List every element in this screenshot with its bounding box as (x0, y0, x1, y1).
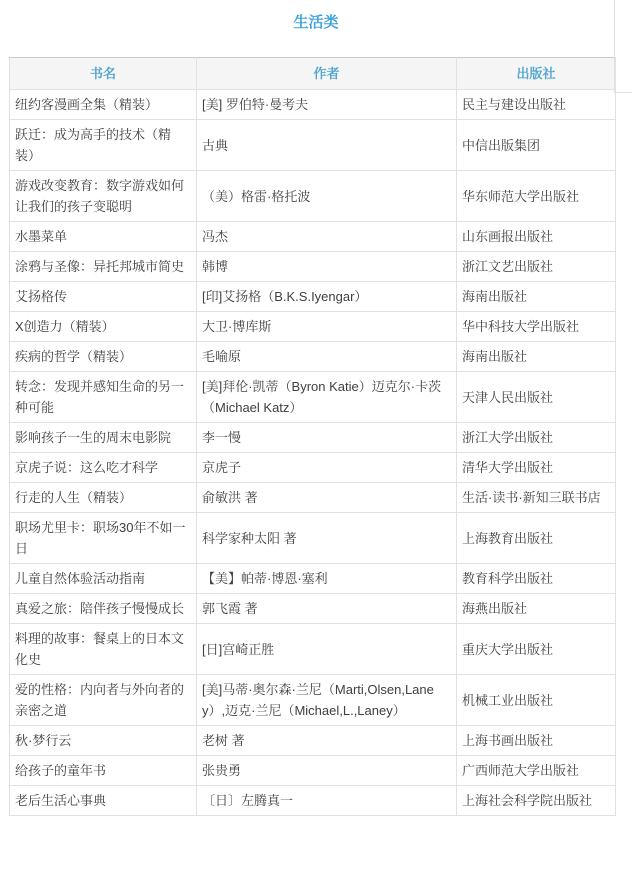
book-title-cell: 纽约客漫画全集（精装） (10, 90, 197, 120)
book-title-cell: 老后生活心事典 (10, 786, 197, 816)
table-row: 转念：发现并感知生命的另一种可能[美]拜伦·凯蒂（Byron Katie）迈克尔… (10, 372, 616, 423)
author-cell: [美]马蒂·奥尔森·兰尼（Marti,Olsen,Laney）,迈克·兰尼（Mi… (197, 675, 457, 726)
book-title-cell: 影响孩子一生的周末电影院 (10, 423, 197, 453)
author-cell: 老树 著 (197, 726, 457, 756)
book-title-cell: 职场尤里卡：职场30年不如一日 (10, 513, 197, 564)
header-row: 书名 作者 出版社 (10, 58, 616, 90)
publisher-cell: 浙江文艺出版社 (457, 252, 616, 282)
book-title-cell: 跃迁：成为高手的技术（精装） (10, 120, 197, 171)
publisher-cell: 清华大学出版社 (457, 453, 616, 483)
publisher-cell: 民主与建设出版社 (457, 90, 616, 120)
author-cell: [日]宫崎正胜 (197, 624, 457, 675)
book-title-cell: 水墨菜单 (10, 222, 197, 252)
book-table-container: 书名 作者 出版社 纽约客漫画全集（精装）[美] 罗伯特·曼考夫民主与建设出版社… (9, 57, 632, 816)
table-row: 真爱之旅：陪伴孩子慢慢成长郭飞霞 著海燕出版社 (10, 594, 616, 624)
table-row: 京虎子说：这么吃才科学京虎子清华大学出版社 (10, 453, 616, 483)
book-title-cell: X创造力（精装） (10, 312, 197, 342)
author-cell: 韩博 (197, 252, 457, 282)
book-table-body: 纽约客漫画全集（精装）[美] 罗伯特·曼考夫民主与建设出版社跃迁：成为高手的技术… (10, 90, 616, 816)
table-row: X创造力（精装）大卫·博库斯华中科技大学出版社 (10, 312, 616, 342)
outer-table-vertical-border (614, 0, 615, 92)
publisher-cell: 生活·读书·新知三联书店 (457, 483, 616, 513)
table-row: 爱的性格：内向者与外向者的亲密之道[美]马蒂·奥尔森·兰尼（Marti,Olse… (10, 675, 616, 726)
column-header-author: 作者 (197, 58, 457, 90)
table-row: 老后生活心事典〔日〕左腾真一上海社会科学院出版社 (10, 786, 616, 816)
publisher-cell: 华中科技大学出版社 (457, 312, 616, 342)
publisher-cell: 上海社会科学院出版社 (457, 786, 616, 816)
author-cell: （美）格雷·格托波 (197, 171, 457, 222)
author-cell: 郭飞霞 著 (197, 594, 457, 624)
table-row: 料理的故事：餐桌上的日本文化史[日]宫崎正胜重庆大学出版社 (10, 624, 616, 675)
author-cell: 大卫·博库斯 (197, 312, 457, 342)
publisher-cell: 浙江大学出版社 (457, 423, 616, 453)
author-cell: 古典 (197, 120, 457, 171)
publisher-cell: 广西师范大学出版社 (457, 756, 616, 786)
author-cell: 【美】帕蒂·博恩·塞利 (197, 564, 457, 594)
author-cell: 冯杰 (197, 222, 457, 252)
book-title-cell: 秋·梦行云 (10, 726, 197, 756)
table-row: 秋·梦行云老树 著上海书画出版社 (10, 726, 616, 756)
author-cell: 俞敏洪 著 (197, 483, 457, 513)
publisher-cell: 海南出版社 (457, 342, 616, 372)
table-row: 职场尤里卡：职场30年不如一日科学家种太阳 著上海教育出版社 (10, 513, 616, 564)
author-cell: 京虎子 (197, 453, 457, 483)
category-title: 生活类 (0, 0, 632, 33)
book-table: 书名 作者 出版社 纽约客漫画全集（精装）[美] 罗伯特·曼考夫民主与建设出版社… (9, 57, 616, 816)
book-title-cell: 转念：发现并感知生命的另一种可能 (10, 372, 197, 423)
book-title-cell: 行走的人生（精装） (10, 483, 197, 513)
publisher-cell: 天津人民出版社 (457, 372, 616, 423)
table-row: 影响孩子一生的周末电影院李一慢浙江大学出版社 (10, 423, 616, 453)
author-cell: 科学家种太阳 著 (197, 513, 457, 564)
book-title-cell: 真爱之旅：陪伴孩子慢慢成长 (10, 594, 197, 624)
author-cell: [印]艾扬格（B.K.S.Iyengar） (197, 282, 457, 312)
author-cell: 李一慢 (197, 423, 457, 453)
outer-table-horizontal-border (614, 92, 632, 93)
book-title-cell: 给孩子的童年书 (10, 756, 197, 786)
publisher-cell: 海南出版社 (457, 282, 616, 312)
book-title-cell: 儿童自然体验活动指南 (10, 564, 197, 594)
table-row: 跃迁：成为高手的技术（精装）古典中信出版集团 (10, 120, 616, 171)
table-row: 给孩子的童年书张贵勇广西师范大学出版社 (10, 756, 616, 786)
column-header-title: 书名 (10, 58, 197, 90)
author-cell: 张贵勇 (197, 756, 457, 786)
publisher-cell: 上海教育出版社 (457, 513, 616, 564)
book-title-cell: 京虎子说：这么吃才科学 (10, 453, 197, 483)
table-row: 水墨菜单冯杰山东画报出版社 (10, 222, 616, 252)
table-row: 纽约客漫画全集（精装）[美] 罗伯特·曼考夫民主与建设出版社 (10, 90, 616, 120)
book-table-header: 书名 作者 出版社 (10, 58, 616, 90)
book-title-cell: 涂鸦与圣像：异托邦城市简史 (10, 252, 197, 282)
author-cell: 毛喻原 (197, 342, 457, 372)
publisher-cell: 海燕出版社 (457, 594, 616, 624)
publisher-cell: 机械工业出版社 (457, 675, 616, 726)
table-row: 儿童自然体验活动指南【美】帕蒂·博恩·塞利教育科学出版社 (10, 564, 616, 594)
book-title-cell: 疾病的哲学（精装） (10, 342, 197, 372)
table-row: 行走的人生（精装）俞敏洪 著生活·读书·新知三联书店 (10, 483, 616, 513)
author-cell: [美] 罗伯特·曼考夫 (197, 90, 457, 120)
publisher-cell: 重庆大学出版社 (457, 624, 616, 675)
publisher-cell: 山东画报出版社 (457, 222, 616, 252)
book-title-cell: 爱的性格：内向者与外向者的亲密之道 (10, 675, 197, 726)
publisher-cell: 华东师范大学出版社 (457, 171, 616, 222)
author-cell: [美]拜伦·凯蒂（Byron Katie）迈克尔·卡茨（Michael Katz… (197, 372, 457, 423)
table-row: 艾扬格传[印]艾扬格（B.K.S.Iyengar）海南出版社 (10, 282, 616, 312)
book-title-cell: 料理的故事：餐桌上的日本文化史 (10, 624, 197, 675)
book-title-cell: 游戏改变教育：数字游戏如何让我们的孩子变聪明 (10, 171, 197, 222)
book-title-cell: 艾扬格传 (10, 282, 197, 312)
table-row: 疾病的哲学（精装）毛喻原海南出版社 (10, 342, 616, 372)
table-row: 游戏改变教育：数字游戏如何让我们的孩子变聪明（美）格雷·格托波华东师范大学出版社 (10, 171, 616, 222)
table-row: 涂鸦与圣像：异托邦城市简史韩博浙江文艺出版社 (10, 252, 616, 282)
column-header-publisher: 出版社 (457, 58, 616, 90)
publisher-cell: 上海书画出版社 (457, 726, 616, 756)
publisher-cell: 中信出版集团 (457, 120, 616, 171)
author-cell: 〔日〕左腾真一 (197, 786, 457, 816)
publisher-cell: 教育科学出版社 (457, 564, 616, 594)
